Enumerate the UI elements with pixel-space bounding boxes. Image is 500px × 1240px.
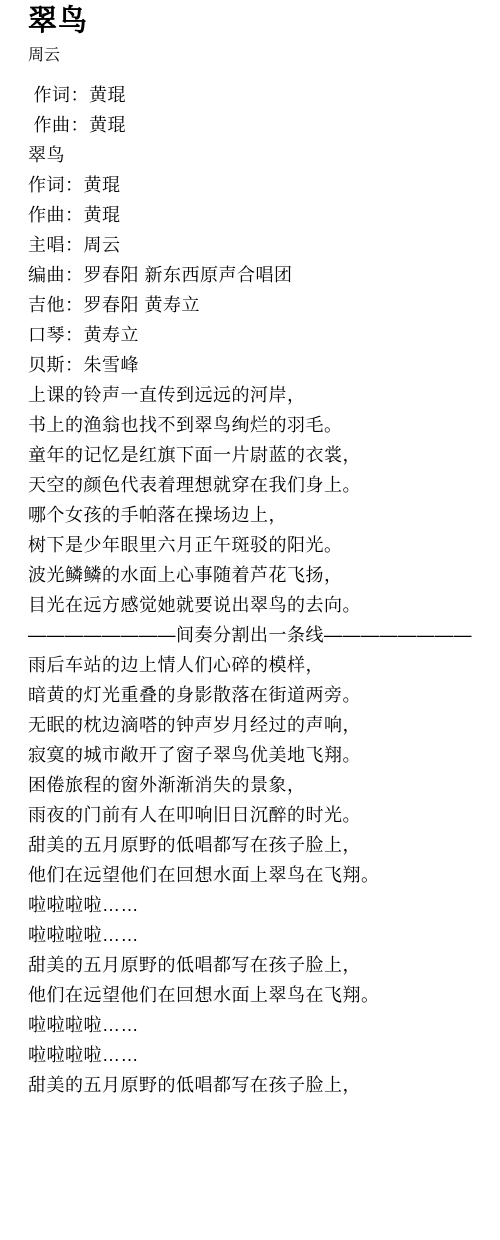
lyric-line: 啦啦啦啦…… — [28, 1010, 480, 1040]
lyric-line: 寂寞的城市敞开了窗子翠鸟优美地飞翔。 — [28, 740, 480, 770]
artist-name: 周云 — [28, 46, 480, 65]
lyric-line: 波光鳞鳞的水面上心事随着芦花飞扬， — [28, 560, 480, 590]
lyrics-page: 翠鸟 周云 作词：黄琨 作曲：黄琨翠鸟作词：黄琨作曲：黄琨主唱：周云编曲：罗春阳… — [0, 0, 500, 1240]
lyric-line: 雨后车站的边上情人们心碎的模样， — [28, 650, 480, 680]
lyric-line: 雨夜的门前有人在叩响旧日沉醉的时光。 — [28, 800, 480, 830]
lyric-line: 上课的铃声一直传到远远的河岸， — [28, 380, 480, 410]
lyric-line: 他们在远望他们在回想水面上翠鸟在飞翔。 — [28, 860, 480, 890]
lyric-line: 困倦旅程的窗外渐渐消失的景象， — [28, 770, 480, 800]
lyric-line: 童年的记忆是红旗下面一片尉蓝的衣裳， — [28, 440, 480, 470]
lyric-line: 暗黄的灯光重叠的身影散落在街道两旁。 — [28, 680, 480, 710]
lyric-line: 啦啦啦啦…… — [28, 920, 480, 950]
lyric-line: 甜美的五月原野的低唱都写在孩子脸上， — [28, 1070, 480, 1100]
lyric-line: 目光在远方感觉她就要说出翠鸟的去向。 — [28, 590, 480, 620]
song-title: 翠鸟 — [28, 3, 480, 40]
lyric-line: 贝斯：朱雪峰 — [28, 350, 480, 380]
lyric-line: 编曲：罗春阳 新东西原声合唱团 — [28, 260, 480, 290]
lyric-line: 甜美的五月原野的低唱都写在孩子脸上， — [28, 950, 480, 980]
lyric-line: 吉他：罗春阳 黄寿立 — [28, 290, 480, 320]
lyric-line: 作词：黄琨 — [28, 80, 480, 110]
lyric-line: 口琴：黄寿立 — [28, 320, 480, 350]
lyric-line: 甜美的五月原野的低唱都写在孩子脸上， — [28, 830, 480, 860]
lyric-line: 树下是少年眼里六月正午斑驳的阳光。 — [28, 530, 480, 560]
lyric-line: 他们在远望他们在回想水面上翠鸟在飞翔。 — [28, 980, 480, 1010]
lyric-line: 作曲：黄琨 — [28, 200, 480, 230]
lyric-line: ————————间奏分割出一条线———————— — [28, 620, 480, 650]
lyrics-block: 作词：黄琨 作曲：黄琨翠鸟作词：黄琨作曲：黄琨主唱：周云编曲：罗春阳 新东西原声… — [28, 80, 480, 1100]
lyric-line: 书上的渔翁也找不到翠鸟绚烂的羽毛。 — [28, 410, 480, 440]
lyric-line: 天空的颜色代表着理想就穿在我们身上。 — [28, 470, 480, 500]
lyric-line: 无眠的枕边滴嗒的钟声岁月经过的声响， — [28, 710, 480, 740]
lyric-line: 啦啦啦啦…… — [28, 890, 480, 920]
lyric-line: 作曲：黄琨 — [28, 110, 480, 140]
lyric-line: 主唱：周云 — [28, 230, 480, 260]
lyric-line: 作词：黄琨 — [28, 170, 480, 200]
lyric-line: 翠鸟 — [28, 140, 480, 170]
lyric-line: 啦啦啦啦…… — [28, 1040, 480, 1070]
lyric-line: 哪个女孩的手帕落在操场边上， — [28, 500, 480, 530]
